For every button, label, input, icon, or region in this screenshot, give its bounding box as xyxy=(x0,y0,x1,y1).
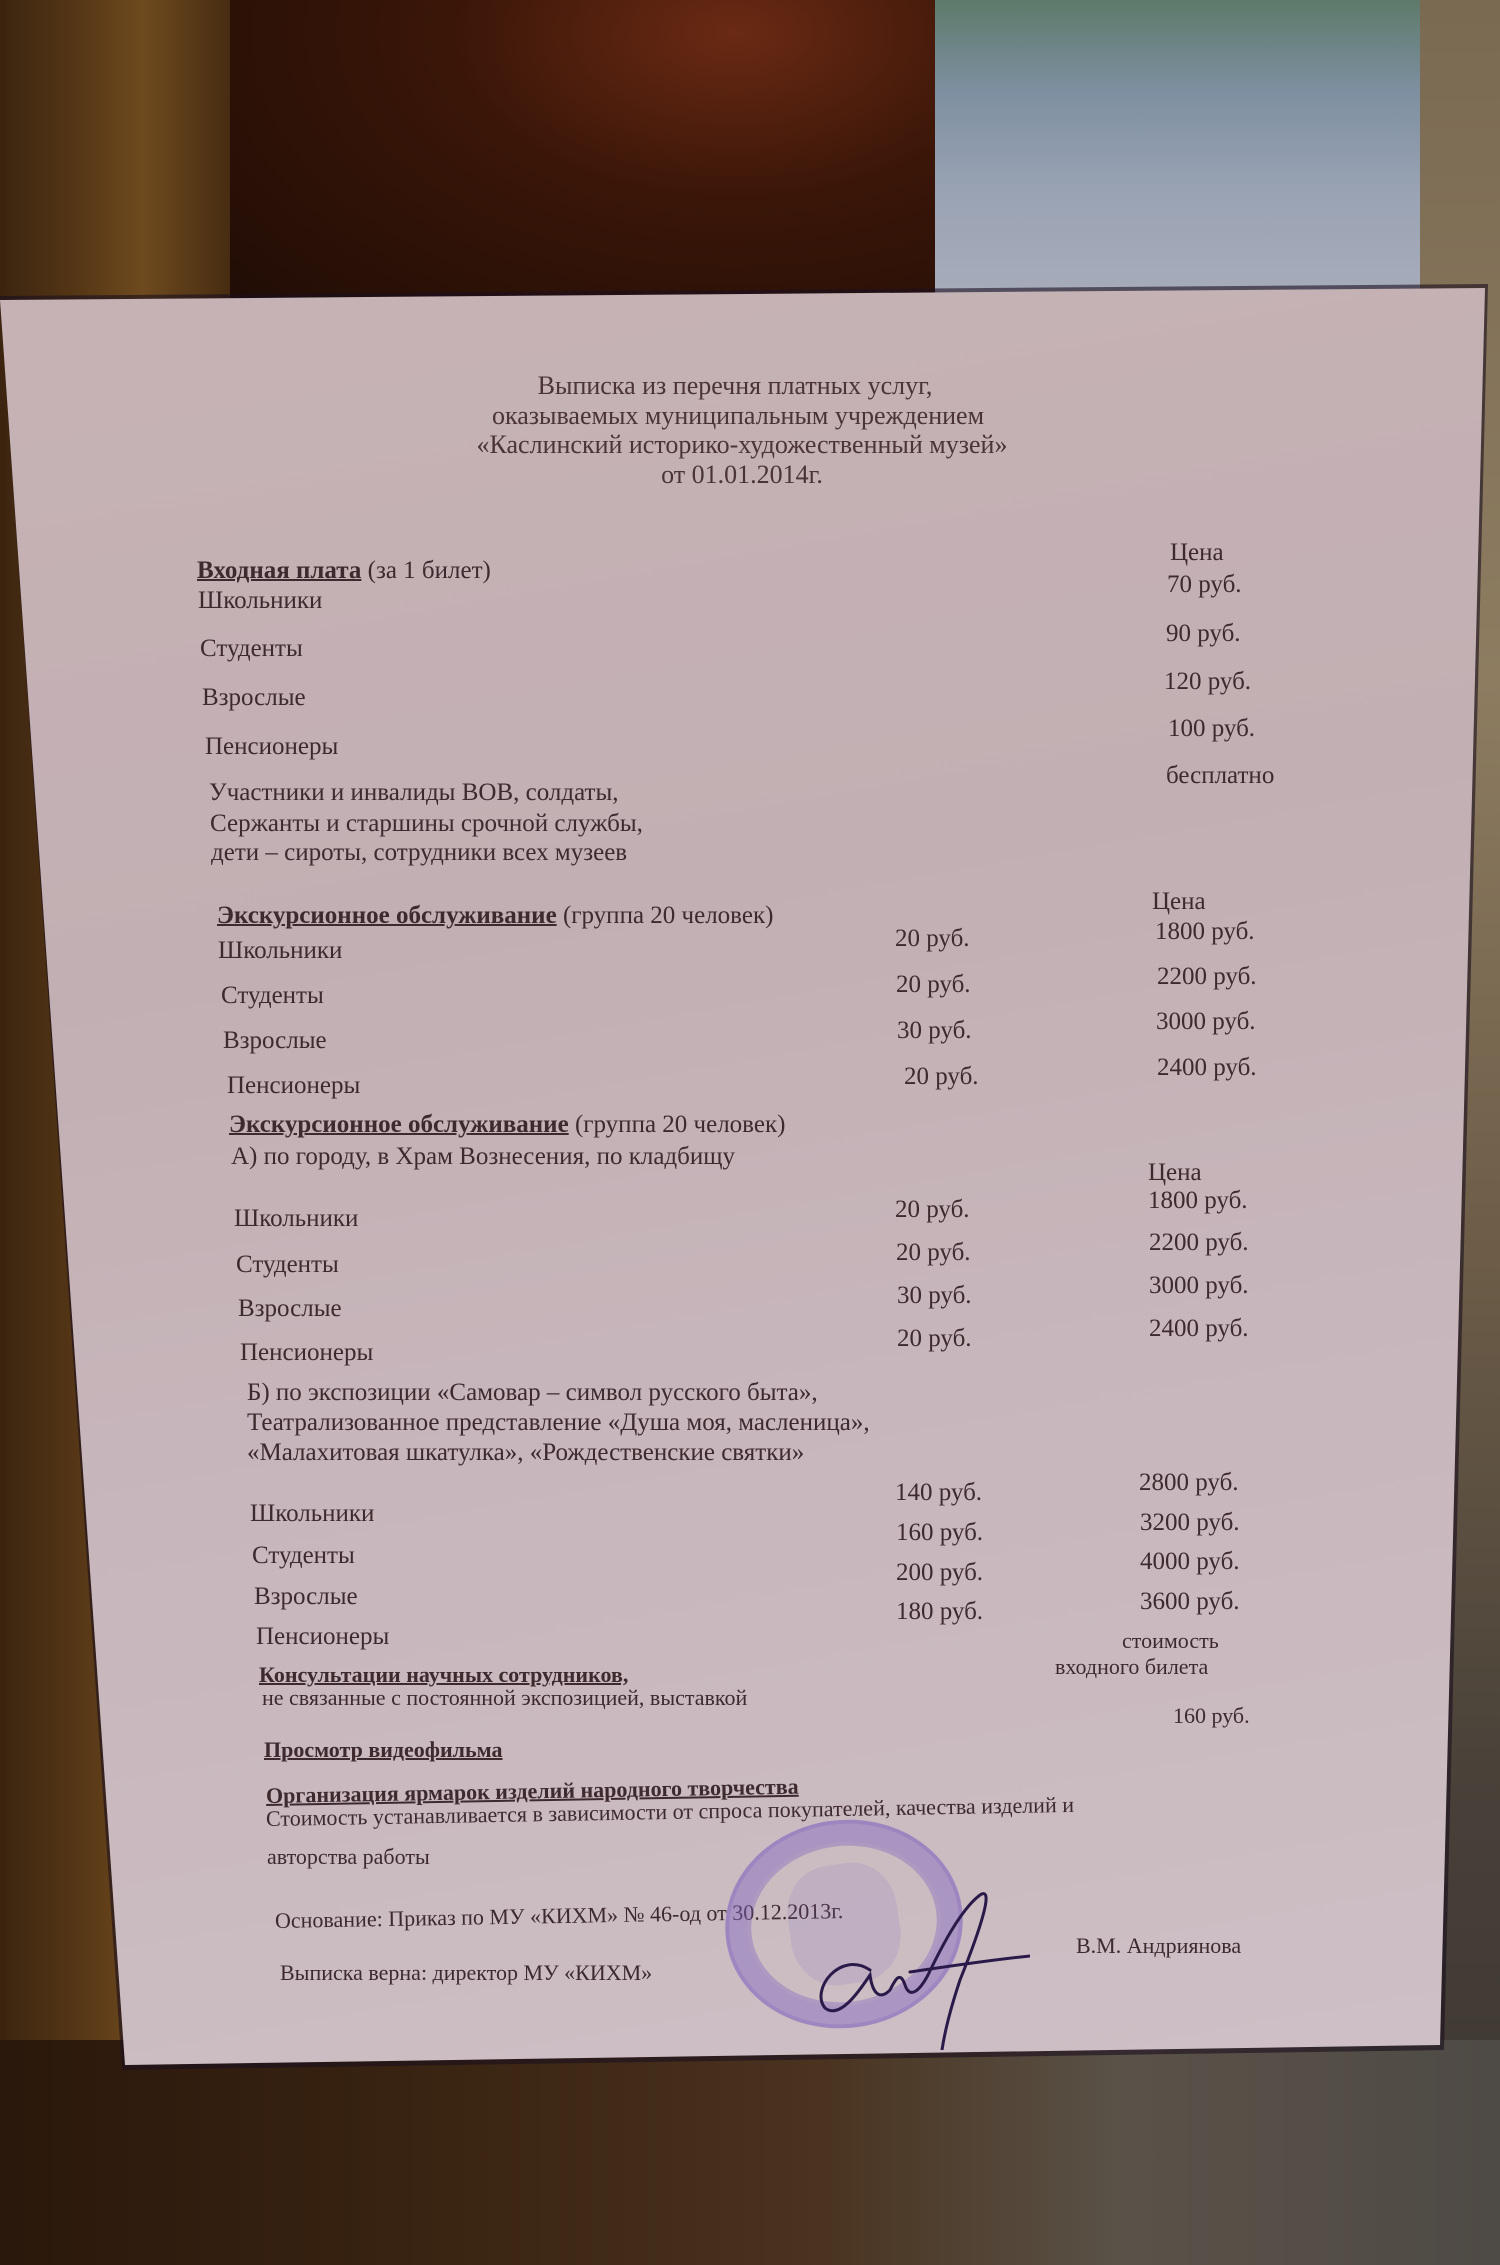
background-window xyxy=(935,0,1435,300)
group-price: 1800 руб. xyxy=(1155,919,1255,944)
excursion-heading: Экскурсионное обслуживание xyxy=(217,902,557,929)
group-price: 1800 руб. xyxy=(1148,1188,1248,1213)
consultation-price-line-2: входного билета xyxy=(1055,1656,1208,1678)
category-label: Взрослые xyxy=(254,1584,358,1609)
group-price: 2200 руб. xyxy=(1149,1230,1249,1255)
section-heading: Экскурсионное обслуживание (группа 20 че… xyxy=(217,903,773,928)
price-column-header: Цена xyxy=(1152,889,1206,914)
price-list-notice: Выписка из перечня платных услуг, оказыв… xyxy=(0,0,1500,2265)
category-label: Пенсионеры xyxy=(227,1073,360,1098)
consultation-price-line-1: стоимость xyxy=(1122,1630,1219,1652)
group-price: 2400 руб. xyxy=(1149,1316,1249,1341)
group-price: 2400 руб. xyxy=(1157,1055,1257,1080)
per-person-price: 20 руб. xyxy=(897,1326,972,1351)
group-price: 3200 руб. xyxy=(1140,1510,1240,1535)
category-label: Школьники xyxy=(198,588,322,613)
free-category-line: Сержанты и старшины срочной службы, xyxy=(210,811,643,836)
title-line-1: Выписка из перечня платных услуг, xyxy=(0,373,1485,399)
consultation-note: не связанные с постоянной экспозицией, в… xyxy=(262,1687,747,1709)
price-value: 100 руб. xyxy=(1168,716,1255,741)
per-person-price: 20 руб. xyxy=(904,1064,979,1089)
certified-text: Выписка верна: директор МУ «КИХМ» xyxy=(280,1962,652,1984)
per-person-price: 20 руб. xyxy=(896,1240,971,1265)
subsection-b-label: Б) по экспозиции «Самовар – символ русск… xyxy=(247,1380,818,1405)
category-label: Пенсионеры xyxy=(240,1340,373,1365)
per-person-price: 20 руб. xyxy=(896,972,971,997)
fairs-note-line-2: авторства работы xyxy=(267,1846,430,1868)
price-column-header: Цена xyxy=(1148,1160,1202,1185)
category-label: Студенты xyxy=(236,1252,339,1277)
entry-fee-heading: Входная плата xyxy=(197,557,361,584)
category-label: Пенсионеры xyxy=(205,734,338,759)
free-price: бесплатно xyxy=(1166,763,1274,788)
price-value: 120 руб. xyxy=(1164,669,1251,694)
category-label: Взрослые xyxy=(202,685,306,710)
group-price: 3000 руб. xyxy=(1156,1009,1256,1034)
category-label: Школьники xyxy=(250,1501,374,1526)
per-person-price: 30 руб. xyxy=(897,1018,972,1043)
per-person-price: 30 руб. xyxy=(897,1283,972,1308)
category-label: Пенсионеры xyxy=(256,1624,389,1649)
excursion-note: (группа 20 человек) xyxy=(557,902,774,929)
background-door-bottom xyxy=(0,2040,1500,2265)
title-line-3: «Каслинский историко-художественный музе… xyxy=(0,432,1492,458)
excursion-heading: Экскурсионное обслуживание xyxy=(229,1111,569,1138)
category-label: Студенты xyxy=(221,983,324,1008)
category-label: Студенты xyxy=(252,1543,355,1568)
director-name: В.М. Андриянова xyxy=(1076,1935,1241,1957)
section-heading: Экскурсионное обслуживание (группа 20 че… xyxy=(229,1112,785,1137)
price-value: 90 руб. xyxy=(1166,621,1241,646)
per-person-price: 140 руб. xyxy=(895,1480,982,1505)
subsection-a-label: А) по городу, в Храм Вознесения, по клад… xyxy=(231,1144,735,1169)
signature-icon xyxy=(800,1890,1030,2050)
per-person-price: 180 руб. xyxy=(896,1599,983,1624)
per-person-price: 160 руб. xyxy=(896,1520,983,1545)
category-label: Школьники xyxy=(234,1206,358,1231)
per-person-price: 20 руб. xyxy=(895,1197,970,1222)
price-value: 70 руб. xyxy=(1167,572,1242,597)
free-category-line: Участники и инвалиды ВОВ, солдаты, xyxy=(209,780,619,805)
entry-fee-note: (за 1 билет) xyxy=(361,557,490,584)
subsection-b-label: Театрализованное представление «Душа моя… xyxy=(247,1410,870,1435)
group-price: 2200 руб. xyxy=(1157,964,1257,989)
group-price: 3600 руб. xyxy=(1140,1589,1240,1614)
category-label: Взрослые xyxy=(238,1296,342,1321)
consultation-heading: Консультации научных сотрудников, xyxy=(259,1664,628,1686)
per-person-price: 20 руб. xyxy=(895,926,970,951)
category-label: Студенты xyxy=(200,636,303,661)
group-price: 3000 руб. xyxy=(1149,1273,1249,1298)
title-line-2: оказываемых муниципальным учреждением xyxy=(0,403,1488,429)
category-label: Школьники xyxy=(218,938,342,963)
per-person-price: 200 руб. xyxy=(896,1560,983,1585)
group-price: 2800 руб. xyxy=(1139,1470,1239,1495)
free-category-line: дети – сироты, сотрудники всех музеев xyxy=(211,840,627,865)
category-label: Взрослые xyxy=(223,1028,327,1053)
title-line-4: от 01.01.2014г. xyxy=(0,462,1492,488)
video-price: 160 руб. xyxy=(1173,1705,1250,1727)
section-heading: Входная плата (за 1 билет) xyxy=(197,558,491,583)
video-heading: Просмотр видеофильма xyxy=(264,1739,503,1761)
excursion-note: (группа 20 человек) xyxy=(569,1111,786,1138)
background-dark-reflection xyxy=(230,0,950,330)
price-column-header: Цена xyxy=(1170,540,1224,565)
subsection-b-label: «Малахитовая шкатулка», «Рождественские … xyxy=(247,1440,804,1465)
group-price: 4000 руб. xyxy=(1140,1549,1240,1574)
